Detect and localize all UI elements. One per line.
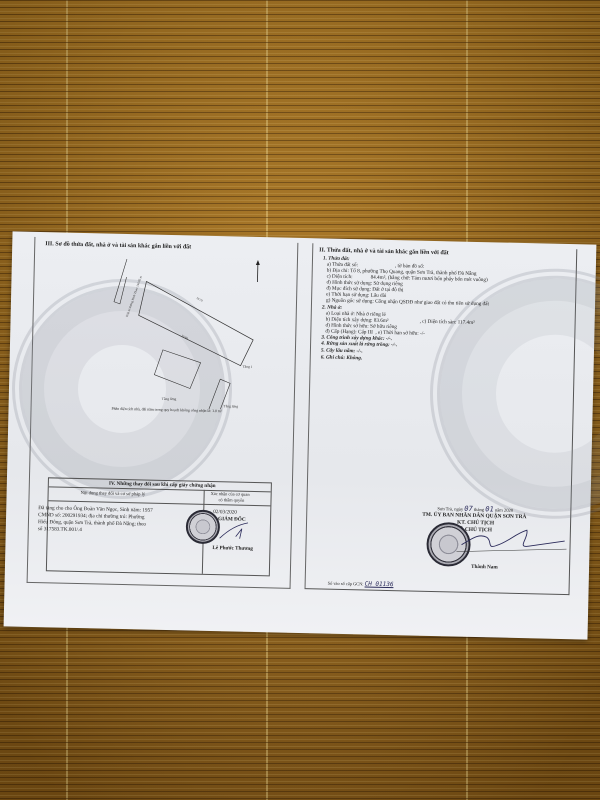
- left-page: III. Sơ đồ thửa đất, nhà ở và tài sản kh…: [27, 237, 299, 589]
- signature-icon: [218, 520, 268, 543]
- section-title-iii: III. Sơ đồ thửa đất, nhà ở và tài sản kh…: [45, 241, 191, 252]
- col-confirm-header-1: Xác nhận của cơ quan: [211, 491, 250, 497]
- date-day: 07: [464, 505, 473, 513]
- changes-table: IV. Những thay đổi sau khi cấp giấy chứn…: [46, 477, 272, 576]
- other-item: 6. Ghi chú: Không.: [321, 354, 363, 361]
- svg-text:Tầng 1: Tầng 1: [243, 365, 253, 369]
- date-year: 2020: [504, 508, 513, 513]
- date-month: 01: [485, 505, 494, 513]
- land-line: g) Nguồn gốc sử dụng: Công nhận QSDĐ như…: [326, 298, 489, 308]
- plot-diagram: 19.79 19.88 Kiệt từ đường Bình Than: 146…: [62, 256, 295, 411]
- road-label: Kiệt từ đường Bình Than: 146.85 m: [125, 275, 143, 318]
- left-signer: Lê Phước Thương: [212, 545, 253, 552]
- certificate-document: III. Sơ đồ thửa đất, nhà ở và tài sản kh…: [4, 231, 597, 639]
- svg-text:Tầng lửng: Tầng lửng: [224, 404, 239, 408]
- col-confirm-header-2: có thẩm quyền: [218, 497, 244, 503]
- confirm-date: 02/03/2020: [213, 509, 237, 516]
- official-stamp-icon: [186, 509, 221, 544]
- date-prefix: Sơn Trà, ngày: [437, 506, 463, 512]
- registry-label: Số vào sổ cấp GCN:: [328, 581, 364, 587]
- right-page: II. Thửa đất, nhà ở và tài sản khác gắn …: [305, 243, 578, 595]
- registry-number: Số vào sổ cấp GCN: CH 01136: [328, 580, 394, 589]
- north-arrow-icon: [255, 260, 259, 282]
- house-floor-area: , c) Diện tích sàn: 117.4m²: [420, 319, 475, 327]
- registry-value: CH 01136: [365, 581, 394, 589]
- right-signer: Thành Nam: [471, 564, 498, 571]
- month-label: tháng: [474, 507, 484, 512]
- entry-line: số 317583.TK.001/.4: [38, 526, 82, 533]
- svg-text:19.79: 19.79: [196, 296, 204, 303]
- svg-text:Tầng lửng: Tầng lửng: [162, 397, 177, 401]
- signature-icon: [456, 527, 567, 559]
- year-label: năm: [495, 507, 503, 512]
- col-content-header: Nội dung thay đổi và cơ sở pháp lý: [81, 490, 146, 497]
